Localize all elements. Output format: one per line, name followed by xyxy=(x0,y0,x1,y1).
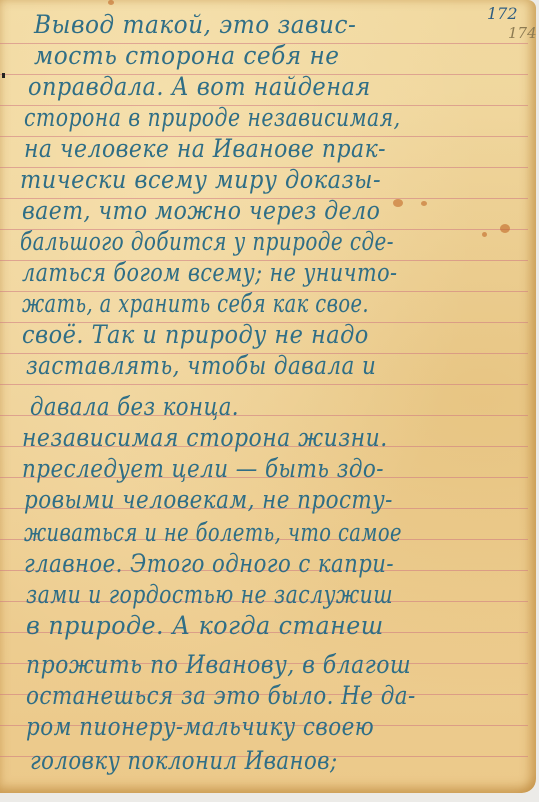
handwritten-line: тически всему миру доказы- xyxy=(20,165,381,195)
handwritten-line: латься богом всему; не уничто- xyxy=(22,258,397,288)
handwritten-line: ровыми человекам, не просту- xyxy=(24,485,393,515)
handwritten-line: останешься за это было. Не да- xyxy=(26,681,416,711)
handwritten-line: мость сторона себя не xyxy=(34,41,340,71)
ruled-line xyxy=(0,384,528,385)
page-number-pencil: 174 xyxy=(508,24,537,42)
handwritten-line: прожить по Иванову, в благош xyxy=(26,650,411,680)
notebook-page: 172 174 Вывод такой, это завис- мость ст… xyxy=(0,0,536,793)
page-number-ink: 172 xyxy=(487,4,518,23)
handwritten-line: заставлять, чтобы давала и xyxy=(26,351,376,381)
handwritten-line: независимая сторона жизни. xyxy=(22,423,388,453)
handwritten-line: жать, а хранить себя как свое. xyxy=(22,289,369,319)
handwritten-line: давала без конца. xyxy=(30,392,239,422)
rust-stain xyxy=(482,232,487,237)
handwritten-line: зами и гордостью не заслужиш xyxy=(26,580,393,610)
handwritten-line: Вывод такой, это завис- xyxy=(34,10,356,40)
ink-stain xyxy=(108,0,114,5)
rust-stain xyxy=(421,201,427,206)
handwritten-line: главное. Этого одного с капри- xyxy=(24,549,394,579)
handwritten-line: на человеке на Иванове прак- xyxy=(24,134,386,164)
handwritten-line: головку поклонил Иванов; xyxy=(30,746,338,776)
handwritten-line: живаться и не болеть, что самое xyxy=(24,518,402,548)
handwritten-line: вает, что можно через дело xyxy=(22,196,380,226)
rust-stain xyxy=(393,199,403,207)
handwritten-line: оправдала. А вот найденая xyxy=(28,72,371,102)
margin-mark xyxy=(2,73,5,78)
handwritten-line: преследует цели — быть здо- xyxy=(22,454,384,484)
handwritten-line: в природе. А когда станеш xyxy=(26,611,384,641)
handwritten-line: своё. Так и природу не надо xyxy=(22,320,369,350)
handwritten-line: сторона в природе независимая, xyxy=(24,103,401,133)
handwritten-line: ром пионеру-мальчику своею xyxy=(26,712,374,742)
rust-stain xyxy=(500,224,510,233)
handwritten-line: бальшого добится у природе сде- xyxy=(20,227,394,257)
